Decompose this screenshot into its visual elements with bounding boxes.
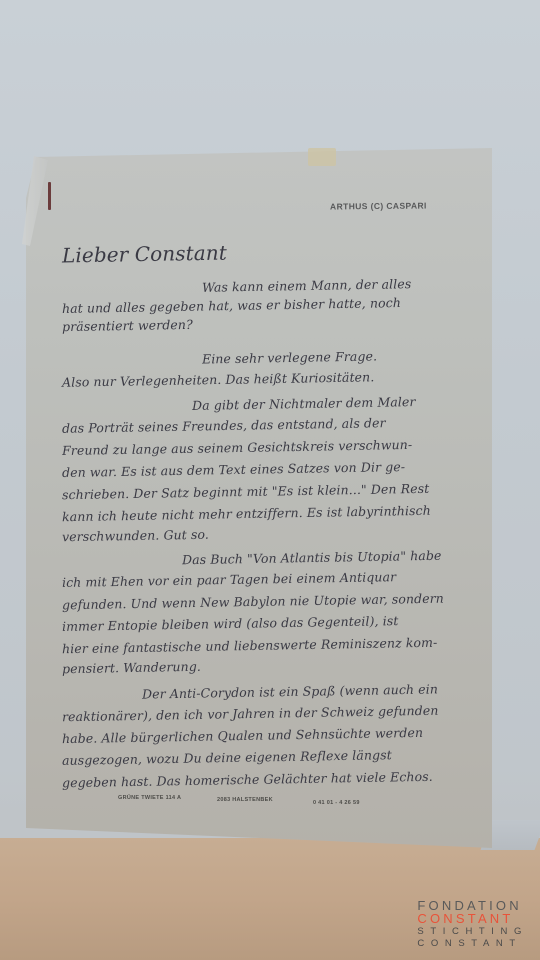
page-number-marker [48, 182, 51, 210]
letter-line: Eine sehr verlegene Frage. [202, 348, 377, 366]
fondation-constant-logo: FONDATION CONSTANT STICHTING CONSTANT [417, 899, 528, 948]
letterhead-name: ARTHUS (C) CASPARI [330, 200, 427, 211]
logo-stichting: STICHTING [417, 927, 528, 937]
logo-constant: CONSTANT [417, 939, 528, 949]
letter-greeting: Lieber Constant [62, 241, 227, 268]
letter-line: präsentiert werden? [62, 317, 193, 334]
footer-phone: 0 41 01 - 4 26 59 [313, 800, 360, 806]
footer-address: GRÜNE TWIETE 114 A [118, 795, 181, 801]
logo-constant-accent: CONSTANT [417, 912, 528, 925]
letter-line: verschwunden. Gut so. [62, 527, 209, 545]
tape-strip [308, 148, 336, 166]
letter-line: pensiert. Wanderung. [62, 659, 201, 676]
footer-city: 2083 HALSTENBEK [217, 797, 273, 803]
